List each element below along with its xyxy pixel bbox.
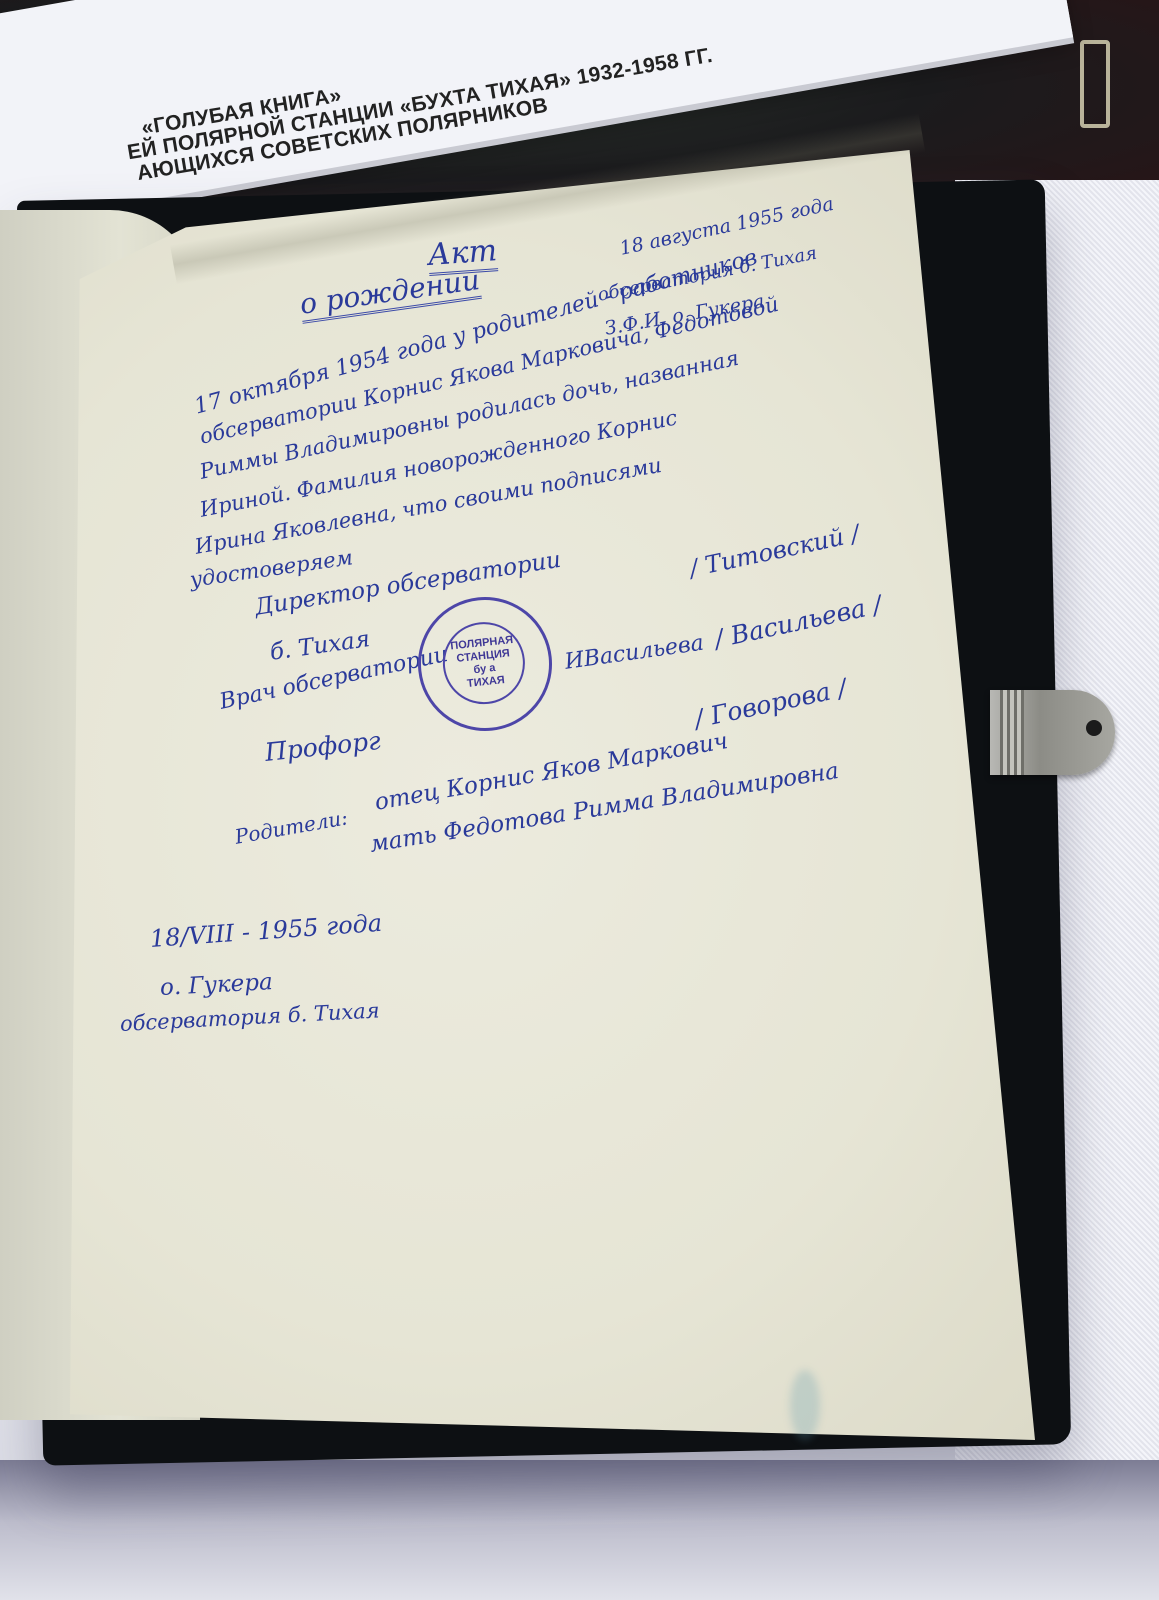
clasp-hinge xyxy=(1000,690,1024,775)
clasp-hole xyxy=(1086,720,1102,736)
display-floor-shadow xyxy=(0,1460,1159,1600)
metal-clasp xyxy=(990,690,1115,775)
stamp-line-4: ТИХАЯ xyxy=(466,674,505,691)
ink-stain xyxy=(790,1370,820,1440)
stamp-center: ПОЛЯРНАЯ СТАНЦИЯ бу а ТИХАЯ xyxy=(439,618,529,708)
display-bracket xyxy=(1080,40,1110,128)
